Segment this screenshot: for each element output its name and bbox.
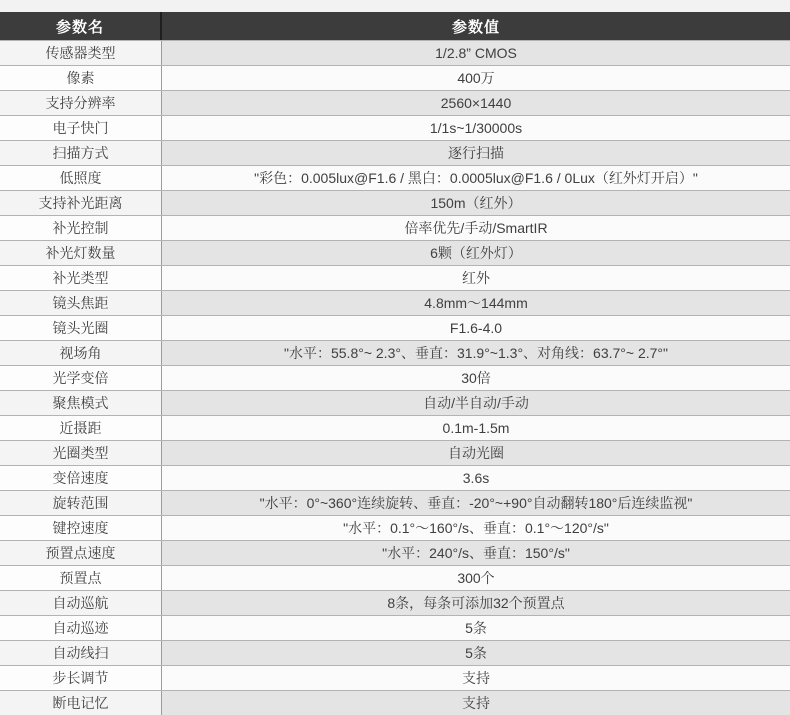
spec-row: 补光灯数量 6颗（红外灯） — [0, 240, 790, 265]
param-name-cell: 镜头光圈 — [0, 316, 162, 340]
param-name-cell: 自动巡迹 — [0, 616, 162, 640]
param-name-cell: 补光控制 — [0, 216, 162, 240]
param-value-cell: 红外 — [162, 266, 790, 290]
spec-row: 自动巡航 8条，每条可添加32个预置点 — [0, 590, 790, 615]
param-name-cell: 补光类型 — [0, 266, 162, 290]
param-name-cell: 支持分辨率 — [0, 91, 162, 115]
param-value-cell: 3.6s — [162, 466, 790, 490]
param-value-cell: 6颗（红外灯） — [162, 241, 790, 265]
param-value-cell: 5条 — [162, 641, 790, 665]
param-value-cell: "水平：0.1°～160°/s、垂直：0.1°～120°/s" — [162, 516, 790, 540]
param-value-cell: 支持 — [162, 666, 790, 690]
param-value-cell: 4.8mm～144mm — [162, 291, 790, 315]
spec-row: 电子快门 1/1s~1/30000s — [0, 115, 790, 140]
spec-row: 光学变倍 30倍 — [0, 365, 790, 390]
param-name-cell: 传感器类型 — [0, 41, 162, 65]
spec-row: 补光控制 倍率优先/手动/SmartIR — [0, 215, 790, 240]
spec-row: 步长调节 支持 — [0, 665, 790, 690]
param-name-cell: 步长调节 — [0, 666, 162, 690]
spec-table: 参数名 参数值 传感器类型 1/2.8” CMOS 像素 400万 支持分辨率 … — [0, 12, 790, 715]
spec-row: 支持分辨率 2560×1440 — [0, 90, 790, 115]
param-name-cell: 变倍速度 — [0, 466, 162, 490]
param-value-cell: "水平：0°~360°连续旋转、垂直：-20°~+90°自动翻转180°后连续监… — [162, 491, 790, 515]
param-value-cell: 1/2.8” CMOS — [162, 41, 790, 65]
param-value-cell: 400万 — [162, 66, 790, 90]
param-value-cell: 5条 — [162, 616, 790, 640]
param-name-cell: 断电记忆 — [0, 691, 162, 715]
param-name-cell: 自动线扫 — [0, 641, 162, 665]
param-name-cell: 预置点 — [0, 566, 162, 590]
spec-row: 视场角 "水平：55.8°~ 2.3°、垂直：31.9°~1.3°、对角线：63… — [0, 340, 790, 365]
table-header-row: 参数名 参数值 — [0, 12, 790, 40]
param-name-cell: 预置点速度 — [0, 541, 162, 565]
param-name-cell: 支持补光距离 — [0, 191, 162, 215]
param-name-cell: 旋转范围 — [0, 491, 162, 515]
spec-row: 变倍速度 3.6s — [0, 465, 790, 490]
param-value-cell: 1/1s~1/30000s — [162, 116, 790, 140]
param-name-cell: 光学变倍 — [0, 366, 162, 390]
param-name-cell: 补光灯数量 — [0, 241, 162, 265]
param-value-cell: "水平：55.8°~ 2.3°、垂直：31.9°~1.3°、对角线：63.7°~… — [162, 341, 790, 365]
header-param-value: 参数值 — [162, 12, 790, 40]
spec-row: 键控速度 "水平：0.1°～160°/s、垂直：0.1°～120°/s" — [0, 515, 790, 540]
param-name-cell: 视场角 — [0, 341, 162, 365]
spec-row: 预置点速度 "水平：240°/s、垂直：150°/s" — [0, 540, 790, 565]
param-value-cell: 逐行扫描 — [162, 141, 790, 165]
param-value-cell: 倍率优先/手动/SmartIR — [162, 216, 790, 240]
spec-row: 自动线扫 5条 — [0, 640, 790, 665]
param-name-cell: 镜头焦距 — [0, 291, 162, 315]
param-name-cell: 电子快门 — [0, 116, 162, 140]
param-value-cell: 自动光圈 — [162, 441, 790, 465]
param-value-cell: F1.6-4.0 — [162, 316, 790, 340]
param-name-cell: 光圈类型 — [0, 441, 162, 465]
spec-row: 预置点 300个 — [0, 565, 790, 590]
param-value-cell: 150m（红外） — [162, 191, 790, 215]
param-name-cell: 像素 — [0, 66, 162, 90]
param-value-cell: 8条，每条可添加32个预置点 — [162, 591, 790, 615]
param-value-cell: 2560×1440 — [162, 91, 790, 115]
spec-row: 近摄距 0.1m-1.5m — [0, 415, 790, 440]
spec-row: 像素 400万 — [0, 65, 790, 90]
param-name-cell: 扫描方式 — [0, 141, 162, 165]
param-name-cell: 自动巡航 — [0, 591, 162, 615]
spec-row: 自动巡迹 5条 — [0, 615, 790, 640]
spec-row: 镜头光圈 F1.6-4.0 — [0, 315, 790, 340]
param-value-cell: "彩色：0.005lux@F1.6 / 黑白：0.0005lux@F1.6 / … — [162, 166, 790, 190]
spec-row: 镜头焦距 4.8mm～144mm — [0, 290, 790, 315]
param-value-cell: 300个 — [162, 566, 790, 590]
spec-row: 旋转范围 "水平：0°~360°连续旋转、垂直：-20°~+90°自动翻转180… — [0, 490, 790, 515]
spec-row: 断电记忆 支持 — [0, 690, 790, 715]
spec-row: 聚焦模式 自动/半自动/手动 — [0, 390, 790, 415]
spec-row: 扫描方式 逐行扫描 — [0, 140, 790, 165]
param-value-cell: 0.1m-1.5m — [162, 416, 790, 440]
spec-row: 支持补光距离 150m（红外） — [0, 190, 790, 215]
table-body: 传感器类型 1/2.8” CMOS 像素 400万 支持分辨率 2560×144… — [0, 40, 790, 715]
header-param-name: 参数名 — [0, 12, 162, 40]
param-name-cell: 近摄距 — [0, 416, 162, 440]
spec-row: 低照度 "彩色：0.005lux@F1.6 / 黑白：0.0005lux@F1.… — [0, 165, 790, 190]
spec-row: 光圈类型 自动光圈 — [0, 440, 790, 465]
param-name-cell: 聚焦模式 — [0, 391, 162, 415]
param-value-cell: 自动/半自动/手动 — [162, 391, 790, 415]
param-value-cell: "水平：240°/s、垂直：150°/s" — [162, 541, 790, 565]
param-value-cell: 支持 — [162, 691, 790, 715]
spec-row: 补光类型 红外 — [0, 265, 790, 290]
param-name-cell: 低照度 — [0, 166, 162, 190]
param-name-cell: 键控速度 — [0, 516, 162, 540]
spec-row: 传感器类型 1/2.8” CMOS — [0, 40, 790, 65]
param-value-cell: 30倍 — [162, 366, 790, 390]
